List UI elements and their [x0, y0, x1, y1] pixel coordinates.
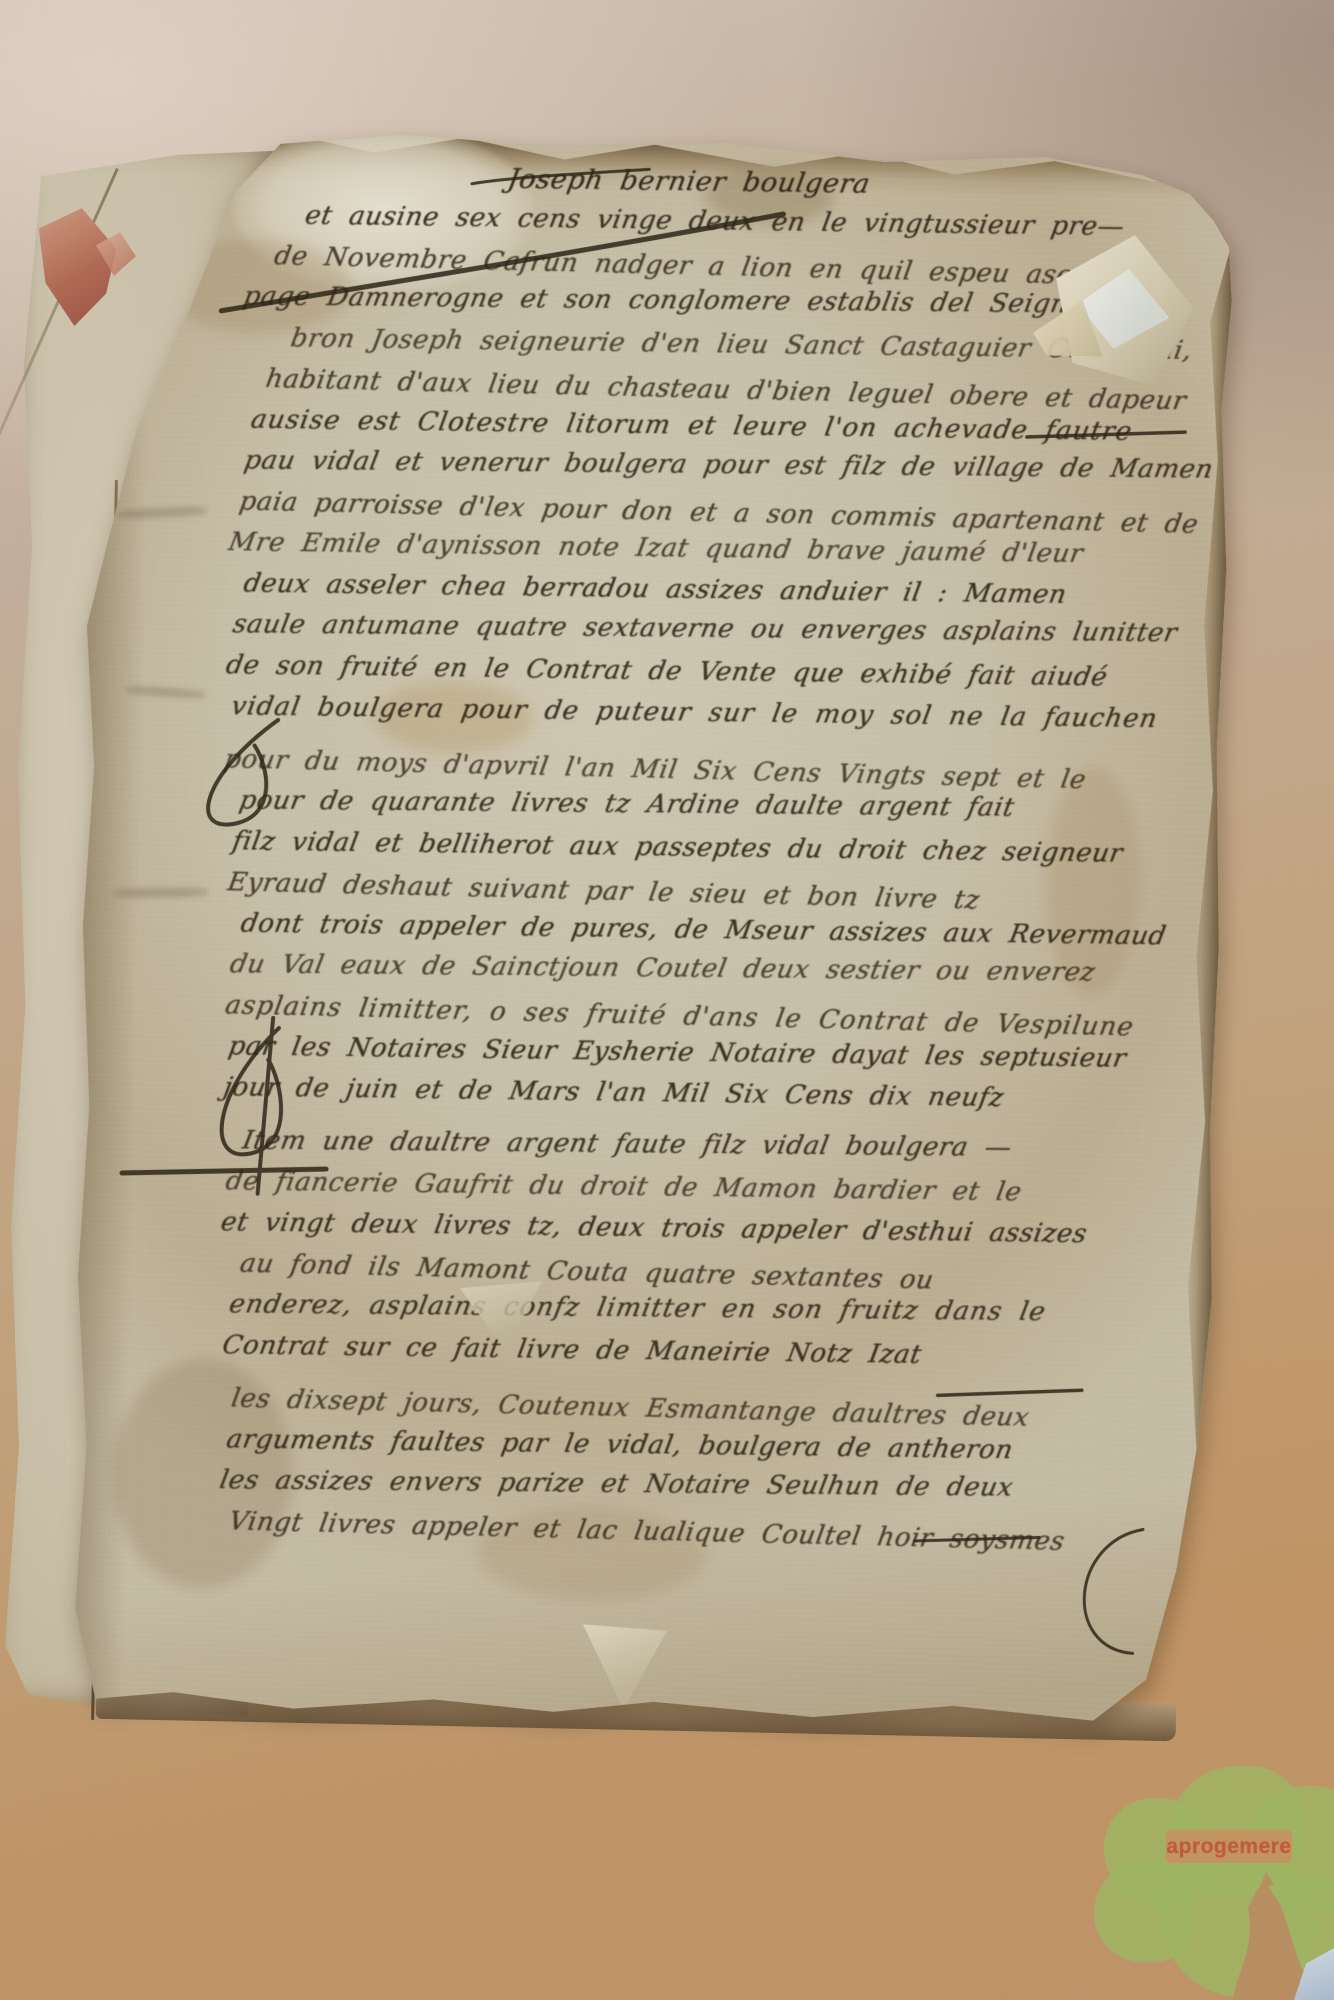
manuscript-line: du Val eaux de Sainctjoun Coutel deux se… [226, 944, 1225, 994]
manuscript-line: les assizes envers parize et Notaire Seu… [216, 1460, 1215, 1510]
page-wrapper: 1 Joseph bernier boulgeraet ausine sex c… [53, 126, 1234, 1727]
manuscript-line: Contrat sur ce fait livre de Maneirie No… [219, 1325, 1217, 1380]
page-number: 1 [218, 164, 236, 191]
watermark-label: aprogemere [1166, 1830, 1292, 1863]
manuscript-line: pau vidal et venerur boulgera pour est f… [241, 440, 1236, 490]
manuscript-photo: 1 Joseph bernier boulgeraet ausine sex c… [0, 0, 1334, 2000]
manuscript-page: 1 Joseph bernier boulgeraet ausine sex c… [53, 126, 1234, 1727]
folded-corner [1032, 203, 1226, 407]
aprogemere-watermark: aprogemere [1096, 1768, 1334, 2000]
